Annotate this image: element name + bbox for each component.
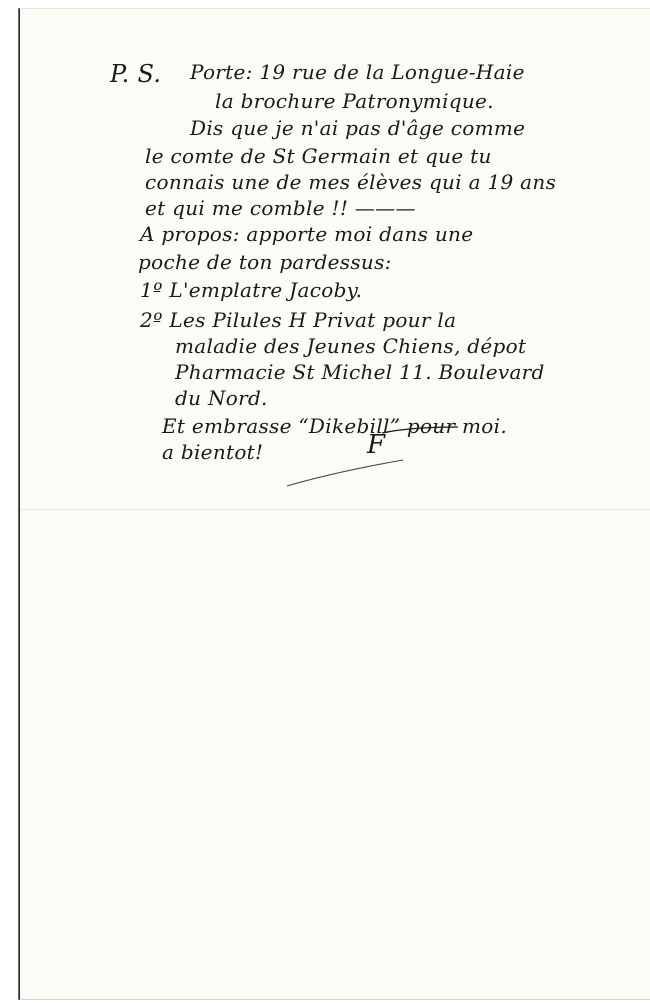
letter-line-6: et qui me comble !! ——— <box>145 196 416 220</box>
letter-line-8: poche de ton pardessus: <box>138 250 392 274</box>
signature-flourish-top <box>380 425 460 435</box>
letter-line-5: connais une de mes élèves qui a 19 ans <box>145 170 556 194</box>
signature-flourish-bottom <box>285 458 405 488</box>
letter-line-2: la brochure Patronymique. <box>215 89 494 113</box>
letter-line-3: Dis que je n'ai pas d'âge comme <box>190 116 525 140</box>
letter-line-9: 1º L'emplatre Jacoby. <box>140 278 362 302</box>
postscript-marker: P. S. <box>110 60 161 88</box>
letter-line-1: Porte: 19 rue de la Longue-Haie <box>190 60 525 84</box>
letter-line-11: maladie des Jeunes Chiens, dépot <box>175 334 526 358</box>
letter-line-13: du Nord. <box>175 386 268 410</box>
letter-line-7: A propos: apporte moi dans une <box>140 222 473 246</box>
signature-monogram: F <box>367 430 385 460</box>
letter-line-4: le comte de St Germain et que tu <box>145 144 492 168</box>
paper-fold <box>20 509 650 510</box>
letter-line-10: 2º Les Pilules H Privat pour la <box>140 308 456 332</box>
letter-line-15: a bientot! <box>162 440 263 464</box>
letter-line-12: Pharmacie St Michel 11. Boulevard <box>175 360 545 384</box>
